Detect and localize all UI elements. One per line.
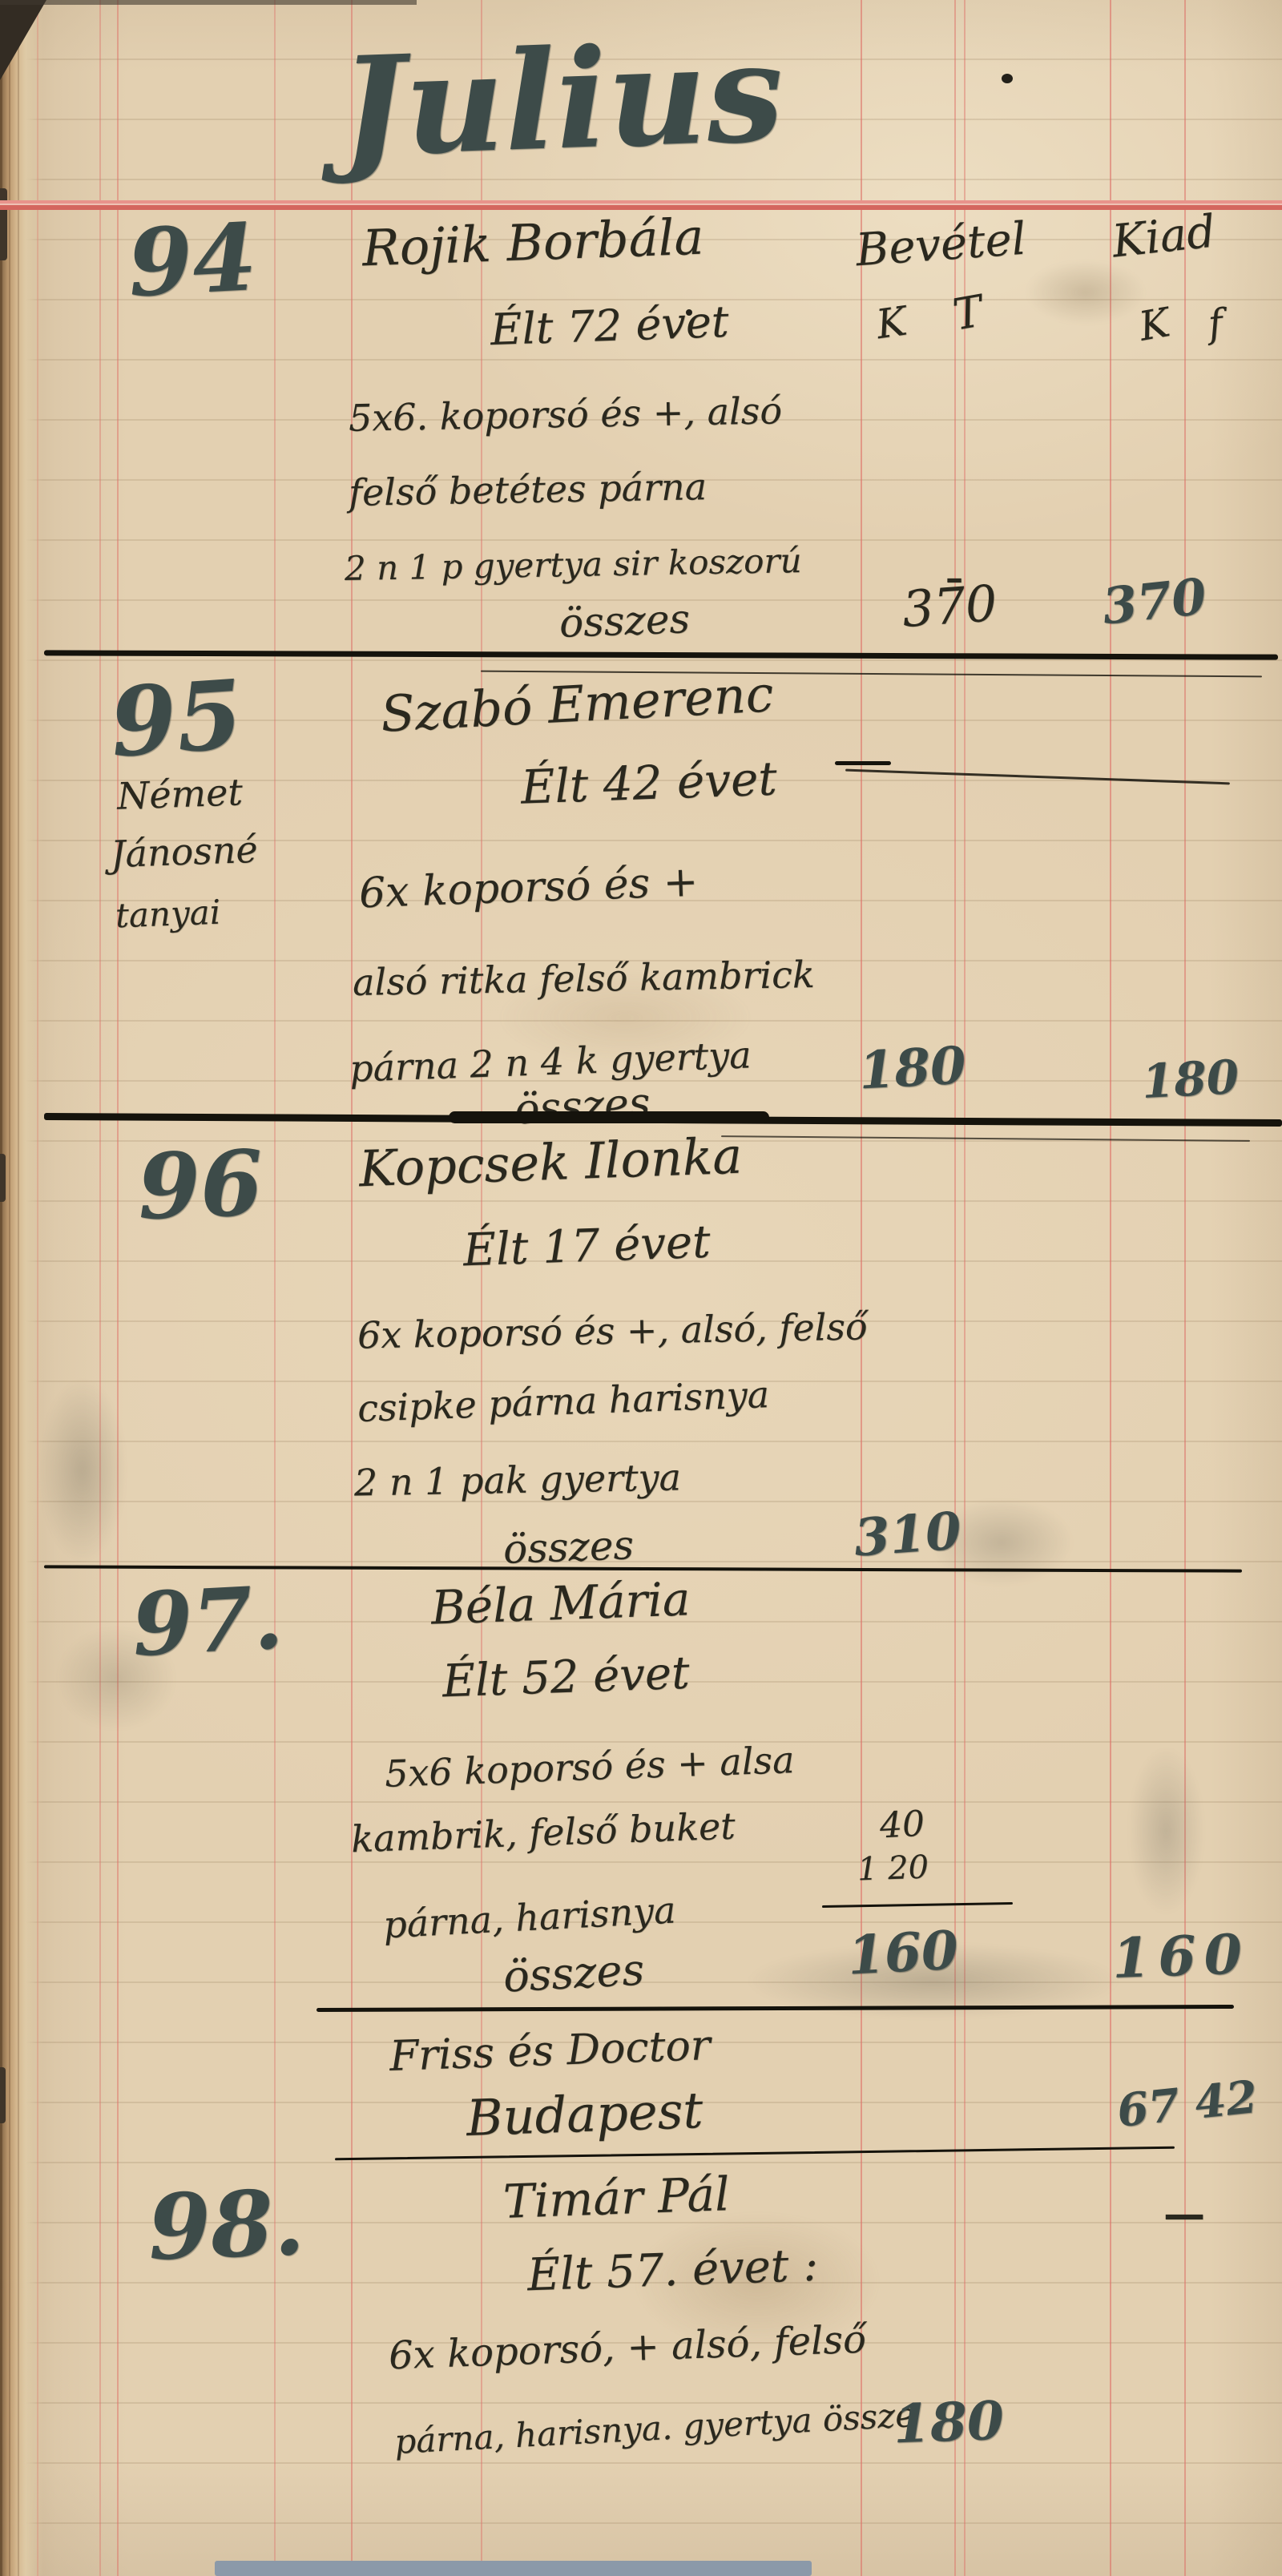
margin-note-line: Jánosné — [110, 831, 258, 873]
age-line: Élt 42 évet — [520, 755, 777, 810]
total-label: összes — [502, 1525, 635, 1570]
binding-edge — [0, 0, 43, 2576]
age-line: Élt 57. évet : — [526, 2243, 819, 2299]
pencil-sum: 1 20 — [857, 1851, 929, 1885]
page-title: Julius — [338, 24, 785, 175]
ruled-line-red — [861, 0, 862, 2576]
ruled-line-red — [481, 0, 482, 2576]
page-edge-mark — [0, 2067, 6, 2123]
expense-total: 180 — [1141, 1054, 1240, 1105]
scan-bottom-edge — [215, 2561, 812, 2576]
income-total: 180 — [893, 2394, 1005, 2451]
entry-number: 95 — [107, 667, 245, 770]
ledger-page: Julius Bevétel K T Kiad K f 94 Rojik Bor… — [0, 0, 1282, 2576]
ink-dot — [1002, 74, 1013, 83]
ruled-line-red — [964, 0, 966, 2576]
entry-number: 97. — [130, 1574, 284, 1669]
ruled-line-red — [351, 0, 353, 2576]
ruled-line-red — [954, 0, 956, 2576]
ruled-line-red — [117, 0, 119, 2576]
deceased-name: Béla Mária — [430, 1575, 691, 1631]
age-line: Élt 52 évet — [441, 1651, 690, 1705]
scan-top-edge — [0, 0, 417, 5]
total-label: összes — [558, 599, 691, 643]
supplier-name: Friss és Doctor — [389, 2025, 711, 2078]
margin-note-line: tanyai — [115, 896, 221, 933]
expense-total: 67 42 — [1115, 2074, 1260, 2134]
entry-number: 98. — [147, 2179, 306, 2274]
page-edge-mark — [0, 1154, 6, 1202]
ruled-line-red — [99, 0, 101, 2576]
column-header-expense: Kiad — [1110, 209, 1217, 264]
pencil-sum: 40 — [879, 1807, 925, 1844]
item-line: 6x koporsó és + — [358, 861, 699, 915]
column-header-income: Bevétel — [854, 217, 1027, 274]
entry-divider-blob — [449, 1111, 769, 1123]
deceased-name: Rojik Borbála — [361, 212, 704, 274]
column-unit-income-k: K — [874, 301, 909, 345]
total-label: összes — [514, 1082, 651, 1131]
ruled-line-red — [1110, 0, 1111, 2576]
income-total: 370 — [901, 578, 998, 635]
entry-number: 94 — [126, 212, 259, 310]
page-edge-mark — [0, 188, 7, 260]
item-line: 2 n 1 pak gyertya — [354, 1458, 682, 1501]
item-line: 2 n 1 p gyertya sir koszorú — [345, 544, 802, 586]
item-line: alsó ritka felső kambrick — [353, 956, 815, 1001]
entry-number: 96 — [136, 1139, 264, 1232]
margin-note-line: Német — [116, 773, 243, 814]
deceased-name: Timár Pál — [502, 2171, 730, 2225]
deceased-name: Kopcsek Ilonka — [358, 1131, 743, 1195]
expense-dash: — — [1163, 2194, 1203, 2235]
total-label: összes — [502, 1948, 646, 1998]
income-total: 160 — [846, 1923, 959, 1981]
income-total: 180 — [857, 1041, 967, 1098]
age-line: Élt 72 évet — [490, 300, 729, 352]
expense-total: 160 — [1111, 1927, 1251, 1986]
age-line: Élt 17 évet — [462, 1220, 711, 1274]
item-line: 5x6. koporsó és +, alsó — [349, 392, 783, 436]
age-dash-mark — [835, 761, 891, 765]
supplier-city: Budapest — [466, 2086, 703, 2143]
item-line: 6x koporsó és +, alsó, felső — [357, 1308, 868, 1353]
expense-total: 370 — [1100, 571, 1208, 631]
income-total: 310 — [853, 1506, 963, 1564]
item-line: felső betétes párna — [349, 468, 708, 511]
